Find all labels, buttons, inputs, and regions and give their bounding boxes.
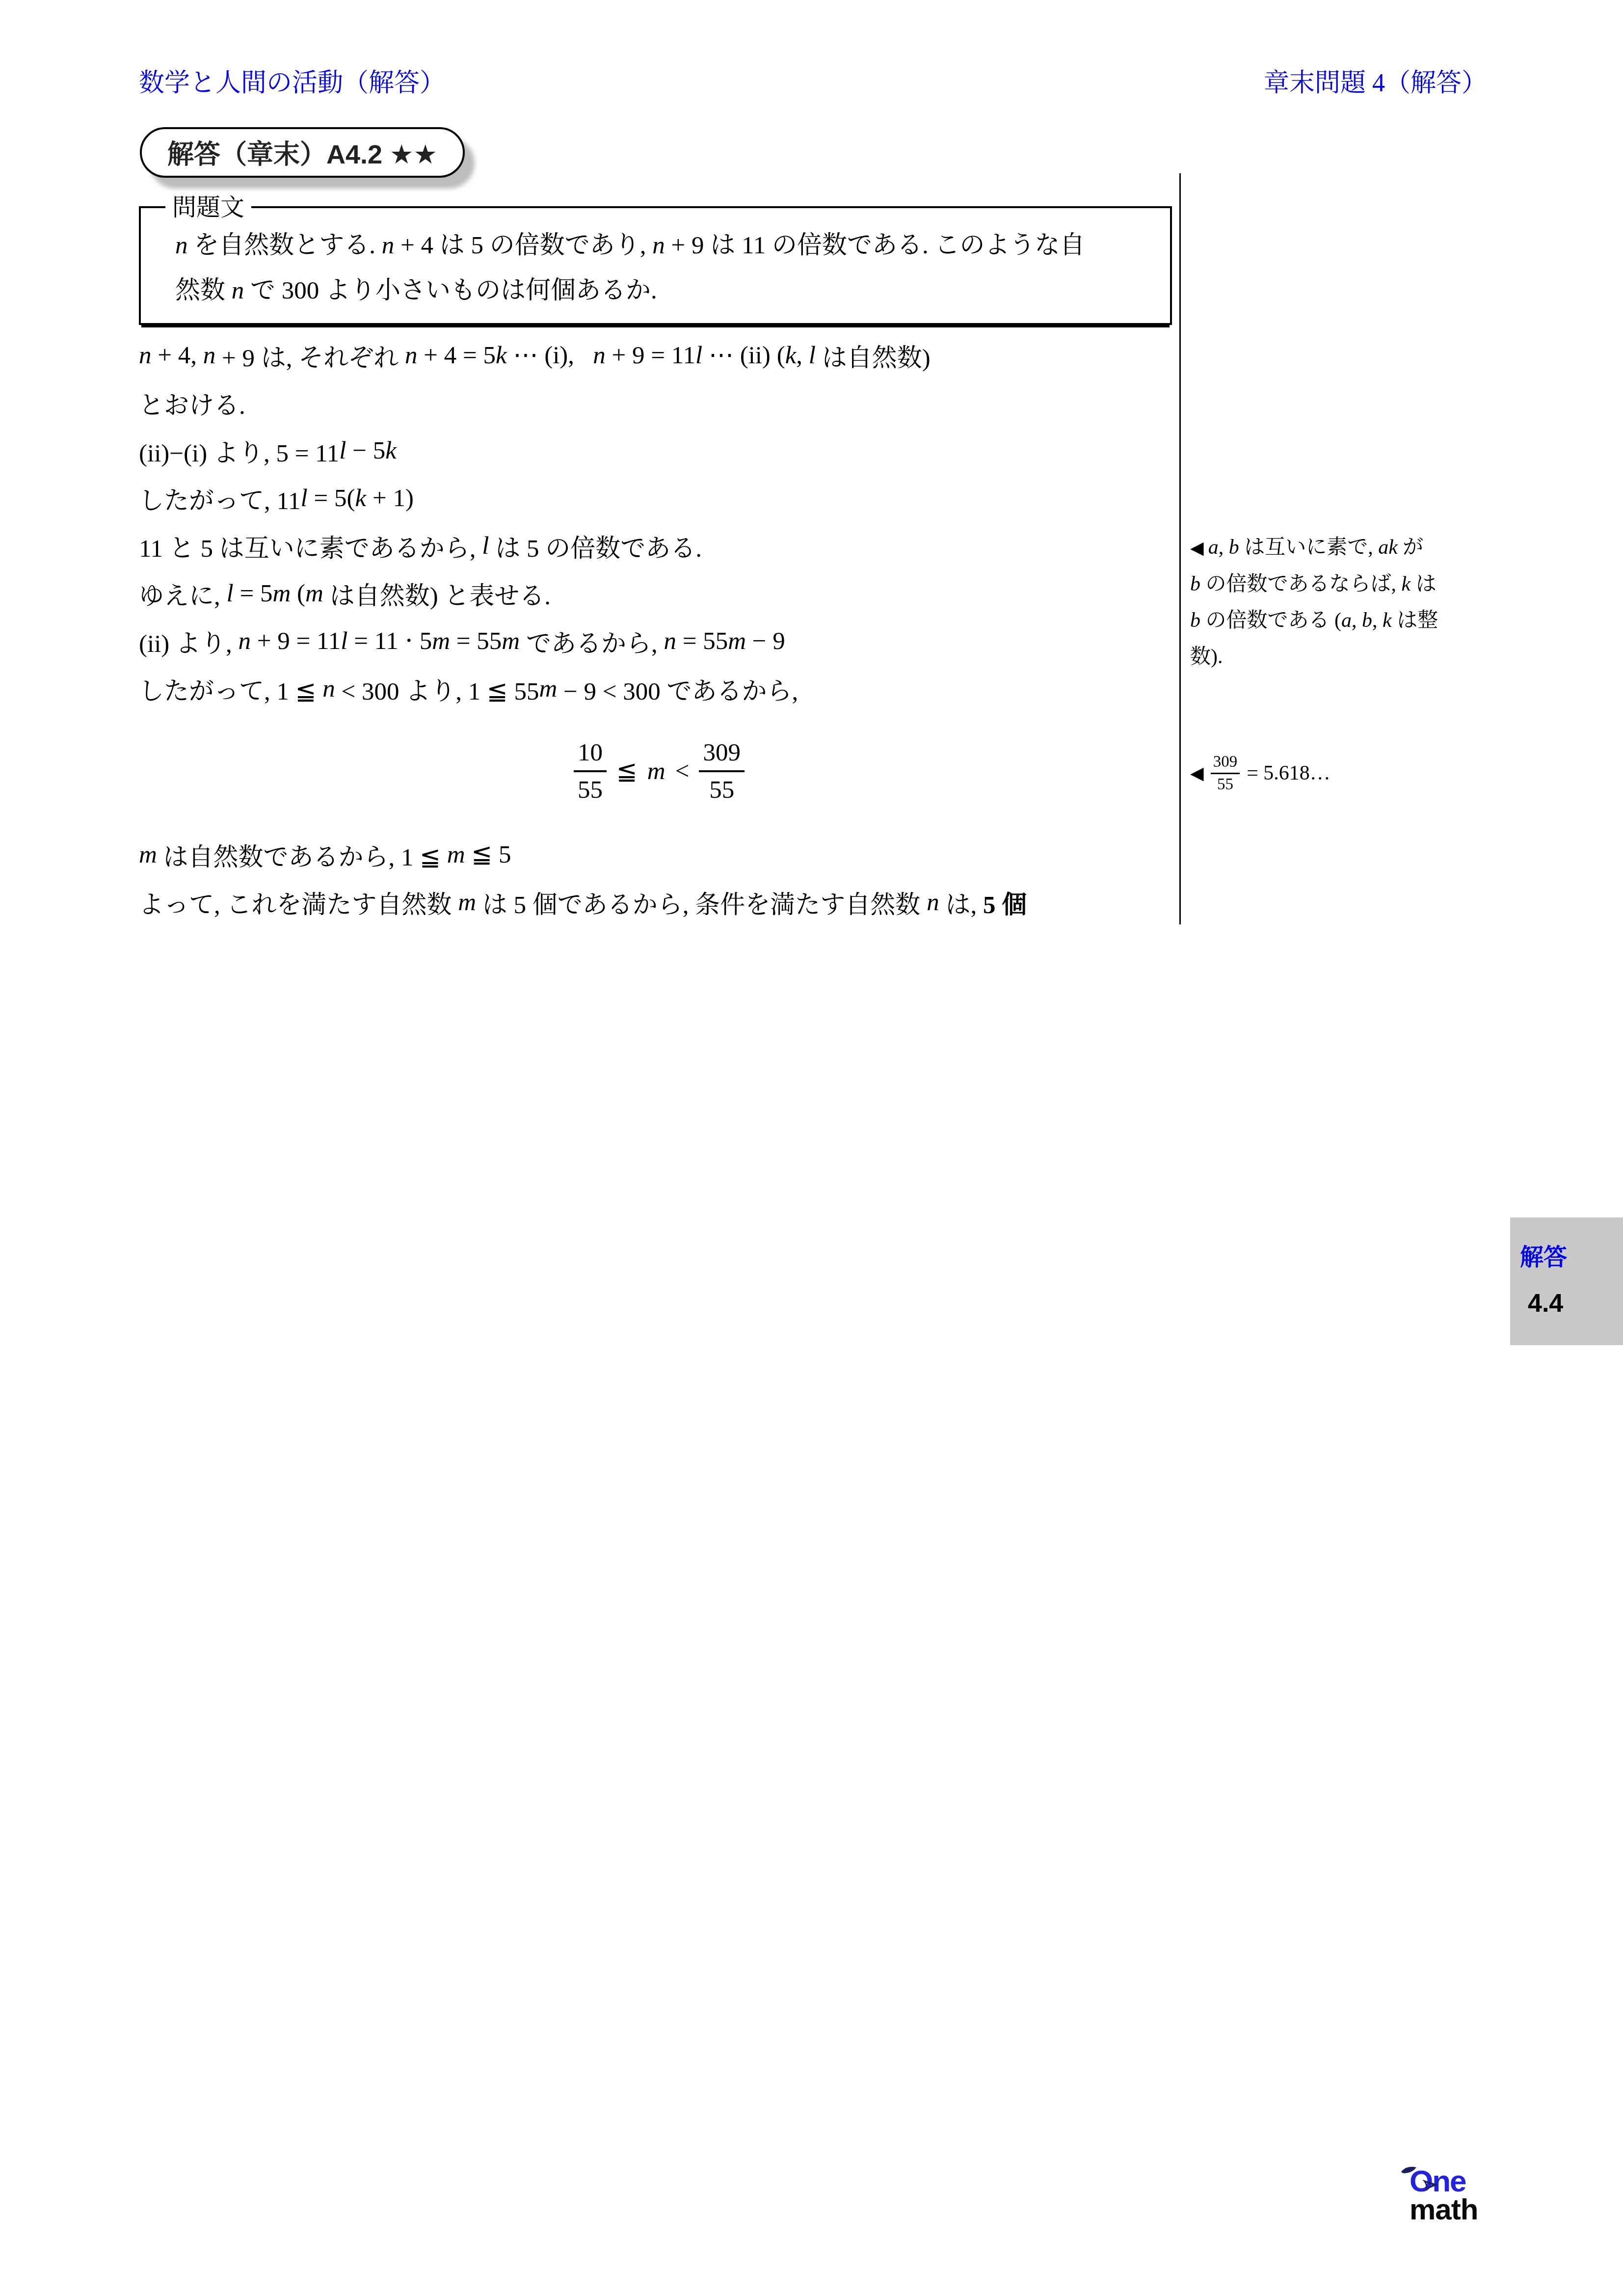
text-segment: で 300 より小さいものは何個あるか.	[244, 277, 657, 304]
fraction-left-denominator: 55	[574, 772, 607, 804]
text-segment: m	[458, 888, 476, 917]
text-segment: n	[382, 232, 395, 259]
text-segment: ,	[1219, 536, 1229, 559]
text-segment: n	[232, 277, 244, 304]
text-segment: よって, これを満たす自然数	[139, 884, 458, 920]
solution-badge: 解答（章末）A4.2 ★★	[140, 127, 465, 178]
text-segment: とおける.	[139, 385, 245, 421]
solution-line: したがって, 11l = 5(k + 1)	[139, 474, 1179, 522]
text-segment: n	[239, 627, 251, 655]
text-segment: = 55	[676, 627, 728, 655]
text-segment: n	[652, 232, 665, 259]
relation-leq: ≦	[616, 757, 638, 786]
text-segment: = 11 ⋅ 5	[347, 626, 432, 655]
fraction-right: 30955	[699, 739, 745, 804]
solution-line: m は自然数であるから, 1 ≦ m ≦ 5	[139, 831, 1179, 878]
text-segment: k	[496, 341, 507, 370]
text-segment: は自然数)	[816, 337, 931, 374]
text-segment: は互いに素で,	[1239, 536, 1379, 559]
text-segment: m	[502, 627, 520, 655]
solution-line: したがって, 1 ≦ n < 300 より, 1 ≦ 55m − 9 < 300…	[139, 665, 1179, 712]
text-segment: は自然数) と表せる.	[323, 575, 551, 612]
text-segment: ak	[1378, 536, 1398, 559]
text-segment: k	[355, 484, 367, 513]
text-segment: は 5 個であるから, 条件を満たす自然数	[476, 884, 927, 920]
margin-note-coprime: ◀ a, b は互いに素で, ak がb の倍数であるならば, k はb の倍数…	[1190, 529, 1504, 675]
text-segment: m	[728, 627, 746, 655]
text-segment: は,	[939, 884, 983, 920]
text-segment: n	[927, 888, 939, 917]
side-tab: 解答 4.4	[1510, 1217, 1623, 1345]
text-segment: < 300 より, 1 ≦ 55	[335, 671, 539, 707]
fraction-small-denominator: 55	[1211, 774, 1240, 793]
solution-line: (ii)−(i) より, 5 = 11l − 5k	[139, 427, 1179, 474]
text-segment: − 9	[746, 627, 785, 655]
fraction-right-denominator: 55	[699, 772, 745, 804]
text-segment: m	[432, 627, 450, 655]
problem-box: 問題文 n を自然数とする. n + 4 は 5 の倍数であり, n + 9 は…	[139, 206, 1172, 325]
document-page: 数学と人間の活動（解答） 章末問題 4（解答） 解答（章末）A4.2 ★★ 問題…	[0, 0, 1623, 2296]
display-equation: 1055 ≦ m < 30955	[139, 739, 1179, 804]
text-segment: n	[175, 232, 188, 259]
text-segment: a	[1341, 609, 1352, 632]
text-segment: l	[482, 532, 489, 560]
fraction-left: 1055	[574, 739, 607, 804]
solution-line: (ii) より, n + 9 = 11l = 11 ⋅ 5m = 55m である…	[139, 617, 1179, 665]
fraction-left-numerator: 10	[574, 739, 607, 772]
text-segment: n	[139, 341, 152, 370]
text-segment: a	[1208, 536, 1219, 559]
text-segment: したがって, 1 ≦	[139, 671, 322, 707]
text-segment: ゆえに,	[139, 575, 227, 612]
text-segment: であるから,	[520, 623, 664, 659]
side-tab-number: 4.4	[1528, 1290, 1623, 1317]
text-segment: 然数	[175, 277, 232, 304]
solution-line: ゆえに, l = 5m (m は自然数) と表せる.	[139, 569, 1179, 617]
margin-note-decimal: = 5.618…	[1247, 761, 1330, 785]
text-segment: b	[1190, 609, 1200, 632]
text-segment: 5 個	[983, 884, 1027, 920]
text-segment: m	[305, 579, 323, 608]
text-segment: (	[291, 579, 305, 608]
text-segment: = 5(	[308, 484, 355, 513]
text-segment: l	[227, 579, 234, 608]
text-segment: (ii) より,	[139, 623, 239, 659]
text-segment: n	[322, 675, 335, 703]
equation-variable: m	[647, 757, 665, 785]
text-segment: + 9 は 11 の倍数である. このような自	[665, 232, 1085, 259]
text-segment: は整	[1392, 609, 1438, 632]
text-segment: k	[785, 341, 797, 370]
text-segment: を自然数とする.	[188, 232, 382, 259]
text-segment: − 9 < 300 であるから,	[557, 671, 798, 707]
text-segment: n	[664, 627, 676, 655]
text-segment: m	[539, 675, 557, 703]
text-segment: 数).	[1190, 646, 1223, 668]
text-segment: ≦ 5	[465, 840, 511, 869]
text-segment: − 5	[346, 436, 386, 465]
text-segment: ,	[1352, 609, 1362, 632]
text-segment: ⋯ (i),	[507, 341, 593, 370]
margin-note-fraction-value: ◀ 30955 = 5.618…	[1190, 754, 1330, 793]
solution-line: n + 4, n + 9 は, それぞれ n + 4 = 5k ⋯ (i), n…	[139, 331, 1179, 379]
header-left-title: 数学と人間の活動（解答）	[139, 69, 445, 98]
text-segment: k	[1402, 573, 1411, 595]
text-segment: l	[695, 341, 702, 370]
onemath-logo: One math	[1410, 2168, 1478, 2224]
problem-text: n を自然数とする. n + 4 は 5 の倍数であり, n + 9 は 11 …	[175, 223, 1143, 313]
fraction-right-numerator: 309	[699, 739, 745, 772]
text-segment: + 4 = 5	[418, 341, 496, 370]
solution-line: とおける.	[139, 379, 1179, 427]
text-segment: n	[203, 341, 216, 370]
text-segment: は 5 の倍数である.	[489, 528, 702, 564]
text-segment: ,	[1372, 609, 1383, 632]
margin-divider-line	[1179, 173, 1181, 924]
solution-lines-top: n + 4, n + 9 は, それぞれ n + 4 = 5k ⋯ (i), n…	[139, 331, 1179, 712]
fraction-small-numerator: 309	[1211, 754, 1240, 774]
text-segment: ◀	[1190, 538, 1208, 558]
text-segment: l	[339, 436, 346, 465]
text-segment: b	[1190, 573, 1200, 595]
text-segment: + 4 は 5 の倍数であり,	[394, 232, 652, 259]
text-segment: = 55	[450, 627, 502, 655]
text-segment: n	[405, 341, 418, 370]
text-segment: k	[385, 436, 397, 465]
text-segment: の倍数であるならば,	[1200, 573, 1402, 595]
header-right-title: 章末問題 4（解答）	[1264, 69, 1487, 98]
text-segment: n	[593, 341, 606, 370]
text-segment: したがって, 11	[139, 480, 301, 516]
text-segment: の倍数である (	[1200, 609, 1341, 632]
text-segment: ,	[796, 341, 809, 370]
solution-line: よって, これを満たす自然数 m は 5 個であるから, 条件を満たす自然数 n…	[139, 878, 1179, 926]
text-segment: + 4,	[152, 341, 203, 370]
solution-badge-label: 解答（章末）A4.2 ★★	[167, 134, 437, 171]
side-tab-label: 解答	[1520, 1245, 1623, 1270]
text-segment: (ii)−(i) より, 5 = 11	[139, 432, 339, 469]
text-segment: m	[272, 579, 291, 608]
text-segment: l	[301, 484, 308, 513]
text-segment: + 9 = 11	[251, 627, 341, 655]
solution-line: 11 と 5 は互いに素であるから, l は 5 の倍数である.	[139, 522, 1179, 569]
fraction-small: 30955	[1211, 754, 1240, 793]
text-segment: b	[1362, 609, 1372, 632]
triangle-marker-icon: ◀	[1190, 763, 1204, 783]
text-segment: k	[1383, 609, 1392, 632]
text-segment: は	[1410, 573, 1437, 595]
text-segment: + 1)	[366, 484, 414, 513]
text-segment: = 5	[234, 579, 273, 608]
logo-word-one: One	[1410, 2168, 1478, 2195]
text-segment: m	[447, 840, 465, 869]
problem-box-label: 問題文	[165, 193, 251, 222]
text-segment: は自然数であるから, 1 ≦	[157, 837, 447, 873]
text-segment: が	[1398, 536, 1424, 559]
text-segment: b	[1229, 536, 1239, 559]
logo-word-math: math	[1410, 2195, 1478, 2224]
text-segment: l	[809, 341, 816, 370]
text-segment: + 9 は, それぞれ	[215, 337, 405, 374]
text-segment: m	[139, 840, 157, 869]
text-segment: 11 と 5 は互いに素であるから,	[139, 528, 482, 564]
solution-lines-bottom: m は自然数であるから, 1 ≦ m ≦ 5よって, これを満たす自然数 m は…	[139, 831, 1179, 926]
text-segment: + 9 = 11	[606, 341, 695, 370]
relation-lt: <	[675, 757, 690, 785]
text-segment: ⋯ (ii) (	[702, 341, 785, 370]
text-segment: l	[341, 627, 347, 655]
